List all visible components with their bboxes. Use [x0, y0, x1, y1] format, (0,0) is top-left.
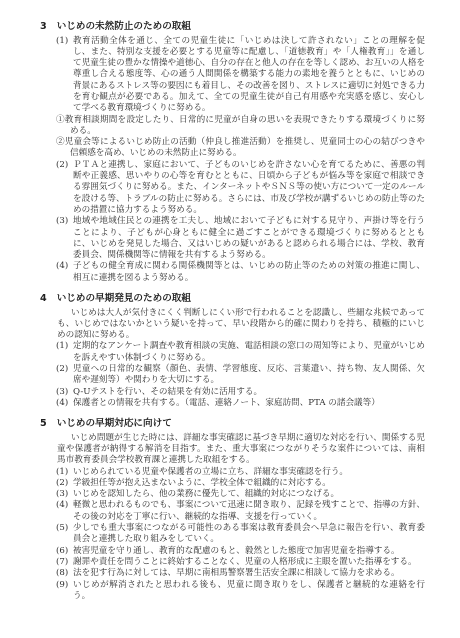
document-page: 3 いじめの未然防止のための取組 (1) 教育活動全体を通じ、全ての児童生徒に「…	[0, 0, 460, 638]
item-text: 子どもの健全育成に関わる関係機関等とは、いじめの防止等のための対策の推進に関し、…	[73, 261, 425, 284]
item-marker: (7)	[56, 557, 73, 568]
list-item: (1) 定期的なアンケート調査や教育相談の実施、電話相談の窓口の周知等により、児…	[56, 341, 425, 364]
item-marker: (1)	[56, 36, 73, 115]
section-heading: 3 いじめの未然防止のための取組	[40, 21, 425, 34]
item-text: 教育活動全体を通じ、全ての児童生徒に「いじめは決して許されない」ことの理解を促し…	[73, 36, 425, 115]
item-marker: (6)	[56, 546, 73, 557]
item-marker: (5)	[56, 523, 73, 546]
list-item: (1) 教育活動全体を通じ、全ての児童生徒に「いじめは決して許されない」ことの理…	[56, 36, 425, 115]
item-text: 地域や地域住民との連携を工夫し、地域において子どもに対する見守り、声掛け等を行う…	[73, 216, 425, 261]
intro-paragraph: いじめは大人が気付きにくく判断しにくい形で行われることを認識し、些細な兆候であっ…	[57, 308, 425, 342]
list-item: (5) 少しでも重大事案につながる可能性のある事案は教育委員会へ早急に報告を行い…	[56, 523, 425, 546]
item-marker: (4)	[56, 500, 73, 523]
section-number: 4	[40, 293, 47, 306]
list-item: (3) 地域や地域住民との連携を工夫し、地域において子どもに対する見守り、声掛け…	[56, 216, 425, 261]
section-prevention: 3 いじめの未然防止のための取組 (1) 教育活動全体を通じ、全ての児童生徒に「…	[40, 21, 425, 284]
sub-list-item: ②児童会等によるいじめ防止の活動（仲良し推進活動）を推奨し、児童同士の心の結びつ…	[56, 137, 425, 160]
list-item: (2) 児童への日常的な観察（顔色、表情、学習態度、反応、言葉遣い、持ち物、友人…	[56, 364, 425, 387]
list-item: (3) いじめを認知したら、他の業務に優先して、組織的対応につなげる。	[56, 489, 425, 500]
list-item: (4) 保護者との情報を共有する。（電話、連絡ノート、家庭訪問、PTA の諸会議…	[56, 398, 425, 409]
item-text: いじめが解消されたと思われる後も、児童に聞き取りをし、保護者と継続的な連絡を行う…	[73, 580, 425, 603]
sub-list-item: ①教育相談期間を設定したり、日常的に児童が自身の思いを表現できたりする環境づくり…	[56, 115, 425, 138]
item-text: 学級担任等が抱え込まないように、学校全体で組織的に対応する。	[73, 478, 425, 489]
list-item: (4) 子どもの健全育成に関わる関係機関等とは、いじめの防止等のための対策の推進…	[56, 261, 425, 284]
item-marker: (8)	[56, 568, 73, 579]
item-text: Q-Uテストを行い、その結果を有効に活用する。	[73, 387, 425, 398]
list-item: (7) 謝罪や責任を問うことに終始することなく、児童の人格形成に主眼を置いた指導…	[56, 557, 425, 568]
item-marker: (1)	[56, 467, 73, 478]
section-heading: 5 いじめの早期対応に向けて	[40, 418, 425, 431]
item-text: ＰＴＡと連携し、家庭において、子どものいじめを許さない心を育てるために、善悪の判…	[73, 160, 425, 216]
list-item: (1) いじめられている児童や保護者の立場に立ち、詳細な事実確認を行う。	[56, 467, 425, 478]
item-marker: (4)	[56, 398, 73, 409]
intro-paragraph: いじめ問題が生じた時には、詳細な事実確認に基づき早期に適切な対応を行い、関係する…	[57, 433, 425, 467]
item-text: 定期的なアンケート調査や教育相談の実施、電話相談の窓口の周知等により、児童がいじ…	[73, 341, 425, 364]
list-item: (6) 被害児童を守り通し、教育的な配慮のもと、毅然とした態度で加害児童を指導す…	[56, 546, 425, 557]
item-marker: (3)	[56, 216, 73, 261]
section-number: 3	[40, 21, 47, 34]
section-title: いじめの早期対応に向けて	[57, 418, 172, 431]
item-marker: (4)	[56, 261, 73, 284]
item-marker: (9)	[56, 580, 73, 603]
item-text: 保護者との情報を共有する。（電話、連絡ノート、家庭訪問、PTA の諸会議等）	[73, 398, 425, 409]
item-marker: (2)	[56, 160, 73, 216]
section-title: いじめの未然防止のための取組	[57, 21, 191, 34]
list-item: (3) Q-Uテストを行い、その結果を有効に活用する。	[56, 387, 425, 398]
item-marker: (2)	[56, 478, 73, 489]
item-text: 被害児童を守り通し、教育的な配慮のもと、毅然とした態度で加害児童を指導する。	[73, 546, 425, 557]
list-item: (9) いじめが解消されたと思われる後も、児童に聞き取りをし、保護者と継続的な連…	[56, 580, 425, 603]
list-item: (2) ＰＴＡと連携し、家庭において、子どものいじめを許さない心を育てるために、…	[56, 160, 425, 216]
item-text: 児童への日常的な観察（顔色、表情、学習態度、反応、言葉遣い、持ち物、友人関係、欠…	[73, 364, 425, 387]
section-title: いじめの早期発見のための取組	[57, 293, 191, 306]
item-text: 謝罪や責任を問うことに終始することなく、児童の人格形成に主眼を置いた指導をする。	[73, 557, 425, 568]
item-marker: (2)	[56, 364, 73, 387]
item-marker: (3)	[56, 387, 73, 398]
item-text: いじめを認知したら、他の業務に優先して、組織的対応につなげる。	[73, 489, 425, 500]
item-text: 少しでも重大事案につながる可能性のある事案は教育委員会へ早急に報告を行い、教育委…	[73, 523, 425, 546]
section-heading: 4 いじめの早期発見のための取組	[40, 293, 425, 306]
item-text: いじめられている児童や保護者の立場に立ち、詳細な事実確認を行う。	[73, 467, 425, 478]
list-item: (4) 軽微と思われるものでも、事案について迅速に聞き取り、記録を残すことで、指…	[56, 500, 425, 523]
item-text: 軽微と思われるものでも、事案について迅速に聞き取り、記録を残すことで、指導の方針…	[73, 500, 425, 523]
section-early-response: 5 いじめの早期対応に向けて いじめ問題が生じた時には、詳細な事実確認に基づき早…	[40, 418, 425, 602]
section-early-detection: 4 いじめの早期発見のための取組 いじめは大人が気付きにくく判断しにくい形で行わ…	[40, 293, 425, 409]
item-marker: (3)	[56, 489, 73, 500]
section-number: 5	[40, 418, 47, 431]
list-item: (2) 学級担任等が抱え込まないように、学校全体で組織的に対応する。	[56, 478, 425, 489]
item-marker: (1)	[56, 341, 73, 364]
list-item: (8) 法を犯す行為に対しては、早期に南相馬警察署生活安全課に相談して協力を求め…	[56, 568, 425, 579]
item-text: 法を犯す行為に対しては、早期に南相馬警察署生活安全課に相談して協力を求める。	[73, 568, 425, 579]
